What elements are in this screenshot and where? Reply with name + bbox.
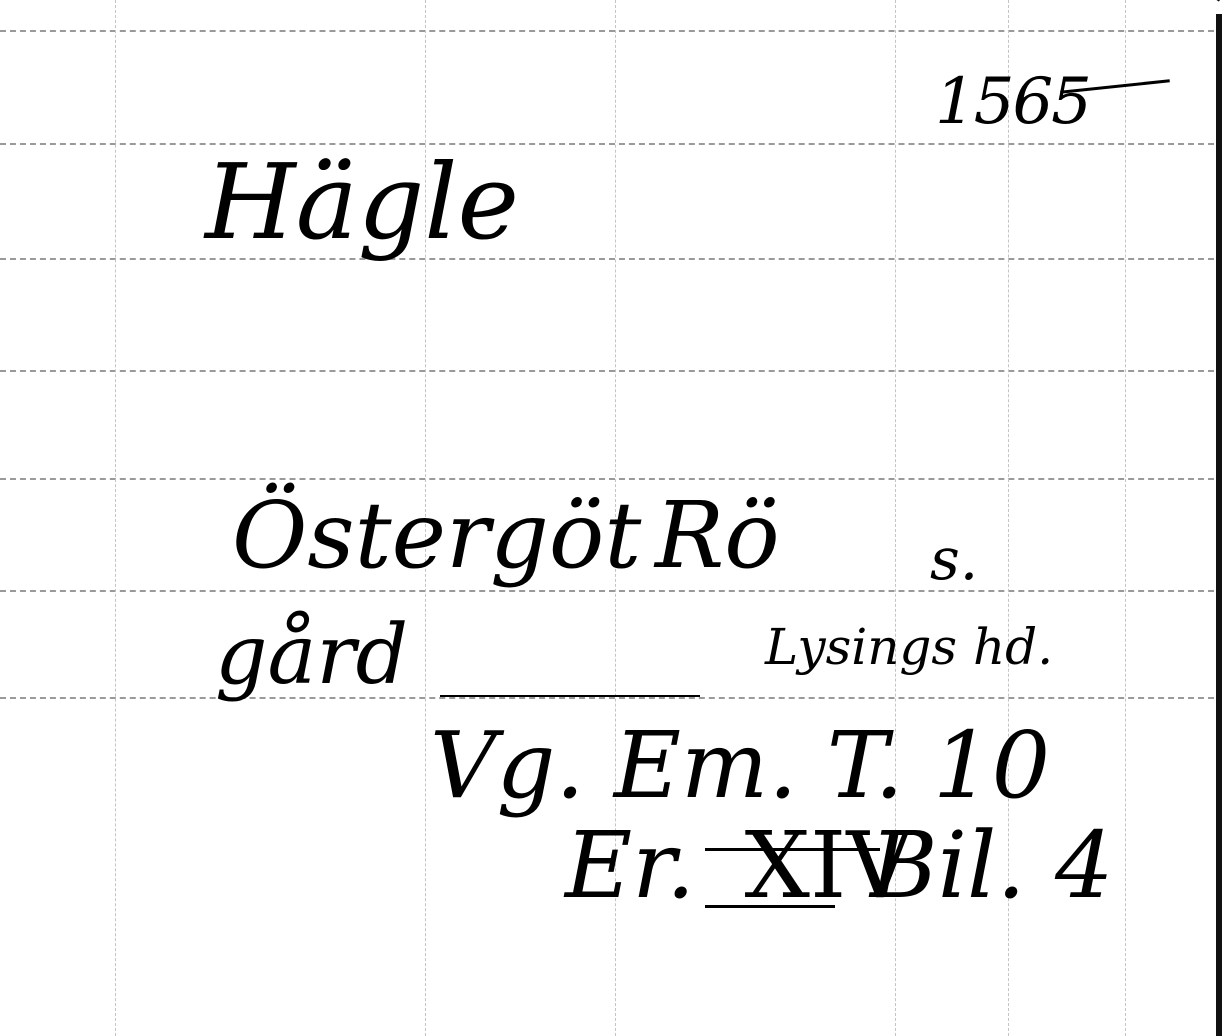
roman-overline [705,848,880,851]
place-title: Hägle [205,150,519,254]
property-type: gård [215,615,408,697]
ruling-line [0,30,1214,32]
card-corner [1194,0,1220,2]
underline-stroke [440,695,700,697]
district-name: Lysings hd. [765,622,1053,672]
reference-prefix: Er. [565,812,695,919]
ruling-line [0,258,1214,260]
roman-underline [705,905,835,908]
archival-index-card: 1565 Hägle Östergöt Rö s. gård Lysings h… [0,0,1224,1036]
ruling-line [0,370,1214,372]
reference-line-1: Vg. Em. T. 10 [430,720,1050,812]
ruling-column [115,0,116,1036]
ruling-column [1125,0,1126,1036]
ruling-line [0,143,1214,145]
province-name: Östergöt [232,490,641,582]
ruling-line [0,590,1214,592]
card-edge [1216,14,1222,1036]
reference-suffix: Bil. 4 [870,820,1113,912]
parish-name: Rö [655,490,780,582]
card-number: 1565 [935,70,1090,134]
parish-abbrev: s. [930,530,978,588]
reference-line-2: Er. XIV [565,820,913,912]
ruling-line [0,697,1214,699]
ruling-line [0,478,1214,480]
